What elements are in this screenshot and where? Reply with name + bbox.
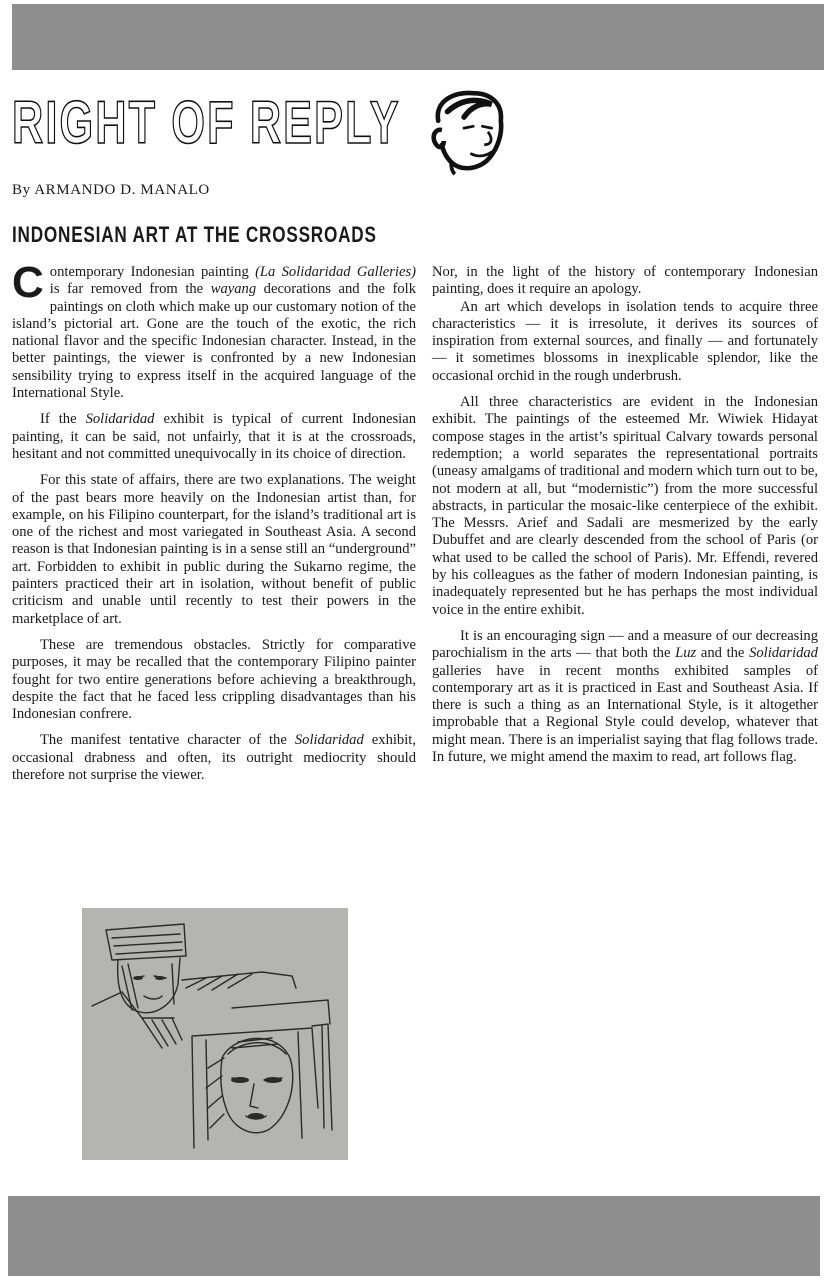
byline: By ARMANDO D. MANALO (12, 182, 210, 199)
author-caricature-icon (418, 84, 510, 176)
paragraph: These are tremendous obstacles. Strictly… (12, 637, 416, 723)
article-column-left: Contemporary Indonesian painting (La Sol… (12, 264, 416, 784)
bottom-gray-band (8, 1196, 820, 1276)
paragraph: For this state of affairs, there are two… (12, 472, 416, 628)
sketch-drawing (82, 908, 348, 1160)
paragraph: The manifest tentative character of the … (12, 732, 416, 784)
paragraph: An art which develops in isolation tends… (432, 299, 818, 385)
column-title: RIGHT OF REPLY (12, 93, 401, 153)
pen-sketch-illustration (82, 908, 348, 1160)
article-headline: INDONESIAN ART AT THE CROSSROADS (12, 222, 377, 248)
paragraph: If the Solidaridad exhibit is typical of… (12, 411, 416, 463)
article-column-right: Nor, in the light of the history of cont… (432, 264, 818, 766)
paragraph: It is an encouraging sign — and a measur… (432, 628, 818, 766)
top-gray-band (12, 4, 824, 70)
paragraph: Contemporary Indonesian painting (La Sol… (12, 264, 416, 402)
drop-cap: C (12, 266, 44, 300)
paragraph: Nor, in the light of the history of cont… (432, 264, 818, 299)
paragraph: All three characteristics are evident in… (432, 394, 818, 619)
